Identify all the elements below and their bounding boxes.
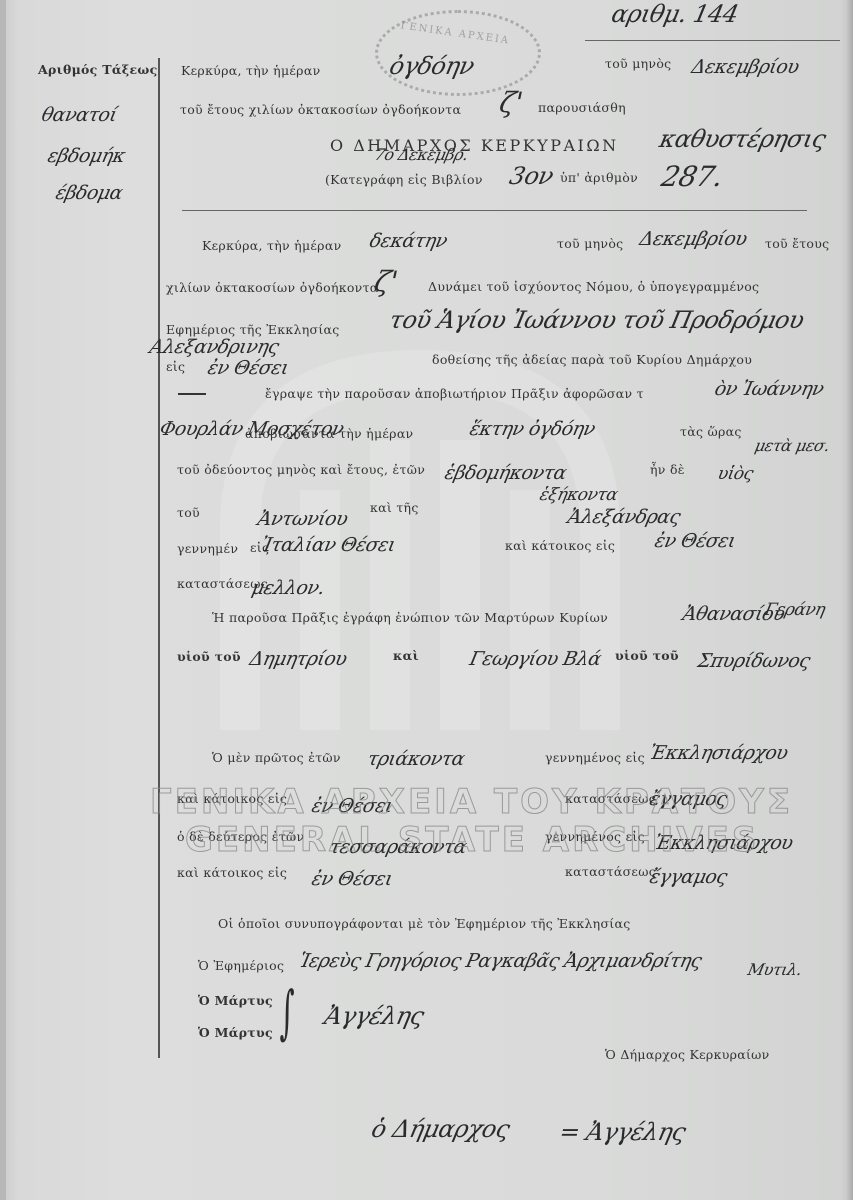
- top-record-number: αριθμ. 144: [609, 0, 741, 28]
- age-hw: ἑβδομήκοντα: [443, 462, 569, 484]
- header-year-prefix: τοῦ ἔτους χιλίων ὀκτακοσίων ὀγδοήκοντα: [180, 102, 461, 117]
- watermark-greek: ΓΕΝΙΚΑ ΑΡΧΕΙΑ ΤΟΥ ΚΡΑΤΟΥΣ: [150, 782, 793, 822]
- permission-hw: ἐν Θέσει: [206, 357, 291, 379]
- hour-label: τὰς ὥρας: [680, 424, 742, 439]
- document-page: ΓΕΝΙΚΑ ΑΡΧΕΙΑ αριθμ. 144 Αριθμός Τάξεως …: [0, 0, 853, 1200]
- was-label: ἦν δὲ: [650, 462, 685, 477]
- mayor-signature-2: = Ἀγγέλης: [557, 1118, 688, 1146]
- margin-divider: [158, 58, 160, 1058]
- number-label: ὑπ' ἀριθμὸν: [560, 170, 638, 185]
- witness1-surname-hw: Γεράνη: [763, 600, 827, 620]
- book-hw: 3ον: [507, 162, 556, 190]
- act-text: ἔγραψε τὴν παροῦσαν ἀποβιωτήριον Πρᾶξιν …: [265, 386, 644, 401]
- died-day-hw: ἕκτην ὀγδόην: [468, 418, 597, 440]
- header-month-label: τοῦ μηνὸς: [605, 56, 671, 71]
- body-day-hw: δεκάτην: [368, 230, 450, 252]
- was-hw: υἱὸς: [716, 464, 755, 484]
- header-presented: παρουσιάσθη: [538, 100, 626, 115]
- mayor-title: Ο ΔΗΜΑΡΧΟΣ ΚΕΡΚΥΡΑΙΩΝ: [330, 136, 619, 155]
- resident-label: καὶ κάτοικος εἰς: [505, 538, 615, 553]
- witness-signature: Ἀγγέλης: [322, 1002, 426, 1030]
- record-number-label: Αριθμός Τάξεως: [38, 62, 157, 77]
- witness-intro: Ἡ παροῦσα Πρᾶξις ἐγράφη ἐνώπιον τῶν Μαρτ…: [212, 610, 608, 625]
- top-underline: [585, 40, 840, 41]
- law-clause: Δυνάμει τοῦ ἰσχύοντος Νόμου, ὁ ὑπογεγραμ…: [428, 279, 759, 294]
- priest-extra-signature: Μυτιλ.: [746, 960, 804, 979]
- body-date-prefix: Κερκύρα, τὴν ἡμέραν: [202, 238, 341, 253]
- permission-in-label: εἰς: [166, 359, 185, 374]
- record-number-hw-1: θανατοί: [40, 104, 119, 126]
- priest-church-label: Εφημέριος τῆς Ἐκκλησίας: [166, 322, 340, 337]
- mayor-signature: ὁ Δήμαρχος: [369, 1115, 512, 1143]
- first-born-label: γεννημένος εἰς: [545, 750, 645, 765]
- church-extra-hw: Αλεξανδρινης: [148, 336, 281, 358]
- first-born-hw: Ἐκκλησιάρχου: [648, 742, 790, 764]
- page-edge-left: [0, 0, 6, 1200]
- second-status-hw: ἔγγαμος: [648, 866, 729, 888]
- father-label: τοῦ: [177, 505, 200, 520]
- body-year-label: τοῦ ἔτους: [765, 236, 829, 251]
- age-label: τοῦ ὀδεύοντος μηνὸς καὶ ἔτους, ἐτῶν: [177, 462, 425, 477]
- father-hw: Ἀντωνίου: [256, 508, 350, 530]
- header-date-prefix: Κερκύρα, τὴν ἡμέραν: [181, 63, 320, 78]
- church-name-hw: τοῦ Ἁγίου Ἰωάννου τοῦ Προδρόμου: [387, 306, 806, 334]
- second-resident-hw: ἐν Θέσει: [310, 868, 395, 890]
- header-month-hw: Δεκεμβρίου: [690, 56, 801, 78]
- died-label: ἀποβιώσαντα τὴν ἡμέραν: [245, 426, 413, 441]
- witness2-hw: Γεωργίου Βλά: [468, 648, 603, 670]
- page-edge-right: [845, 0, 853, 1200]
- body-year-prefix: χιλίων ὀκτακοσίων ὀγδοήκοντα: [166, 280, 379, 295]
- body-month-hw: Δεκεμβρίου: [638, 228, 749, 250]
- header-year-hw: ζ': [496, 86, 525, 119]
- second-status-label: καταστάσεως: [565, 864, 656, 879]
- header-divider: [182, 210, 807, 211]
- priest-sign-label: Ὁ Ἐφημέριος: [198, 958, 284, 973]
- and-label: καὶ: [393, 648, 419, 663]
- son-of-label-1: υἱοῦ τοῦ: [177, 649, 241, 664]
- witness-brace: ∫: [280, 978, 295, 1046]
- record-number-hw-2: εβδομήκ: [46, 145, 127, 167]
- residence-hw: ἐν Θέσει: [653, 530, 738, 552]
- first-age-hw: τριάκοντα: [366, 748, 467, 770]
- born-label: γεννημέν: [177, 541, 238, 556]
- book-label: (Κατεγράφη εἰς Βιβλίον: [325, 172, 483, 187]
- dash-mark: [178, 393, 206, 395]
- watermark-english: GENERAL STATE ARCHIVES: [185, 820, 759, 860]
- header-day-hw: ὀγδόην: [387, 52, 477, 80]
- book-note-hw: 7ο Δεκεμβρ.: [373, 145, 470, 164]
- act-hw: ὸν Ἰωάννην: [713, 378, 826, 400]
- hour-hw: μετὰ μεσ.: [753, 436, 831, 455]
- age2-hw: ἑξήκοντα: [538, 485, 620, 505]
- body-month-label: τοῦ μηνὸς: [557, 236, 623, 251]
- son-of-label-2: υἱοῦ τοῦ: [615, 648, 679, 663]
- priest-signature: Ἱερεὺς Γρηγόριος Ραγκαβᾶς Ἀρχιμανδρίτης: [298, 950, 704, 972]
- witness-sign-label-2: Ὁ Μάρτυς: [198, 1025, 273, 1040]
- mayor-sign-label: Ὁ Δήμαρχος Κερκυραίων: [605, 1047, 770, 1062]
- second-resident-label: καὶ κάτοικος εἰς: [177, 865, 287, 880]
- number-hw: 287.: [658, 160, 725, 193]
- mother-hw: Ἀλεξάνδρας: [566, 506, 683, 528]
- mother-label: καὶ τῆς: [370, 500, 419, 515]
- witness-sign-label-1: Ὁ Μάρτυς: [198, 993, 273, 1008]
- record-number-hw-3: έβδομα: [54, 182, 125, 204]
- body-year-hw: ζ': [371, 265, 400, 298]
- header-note-hw: καθυστέρησις: [657, 125, 828, 153]
- first-age-label: Ὁ μὲν πρῶτος ἐτῶν: [212, 750, 341, 765]
- birthplace-hw: Ἰταλίαν Θέσει: [260, 534, 398, 556]
- permission-text: δοθείσης τῆς ἀδείας παρὰ τοῦ Κυρίου Δημά…: [432, 352, 752, 367]
- status-hw: μελλον.: [250, 577, 327, 599]
- cosign-text: Οἱ ὁποῖοι συνυπογράφονται μὲ τὸν Ἐφημέρι…: [218, 916, 631, 931]
- witness1-father-hw: Δημητρίου: [248, 648, 349, 670]
- witness2-father-hw: Σπυρίδωνος: [696, 650, 812, 672]
